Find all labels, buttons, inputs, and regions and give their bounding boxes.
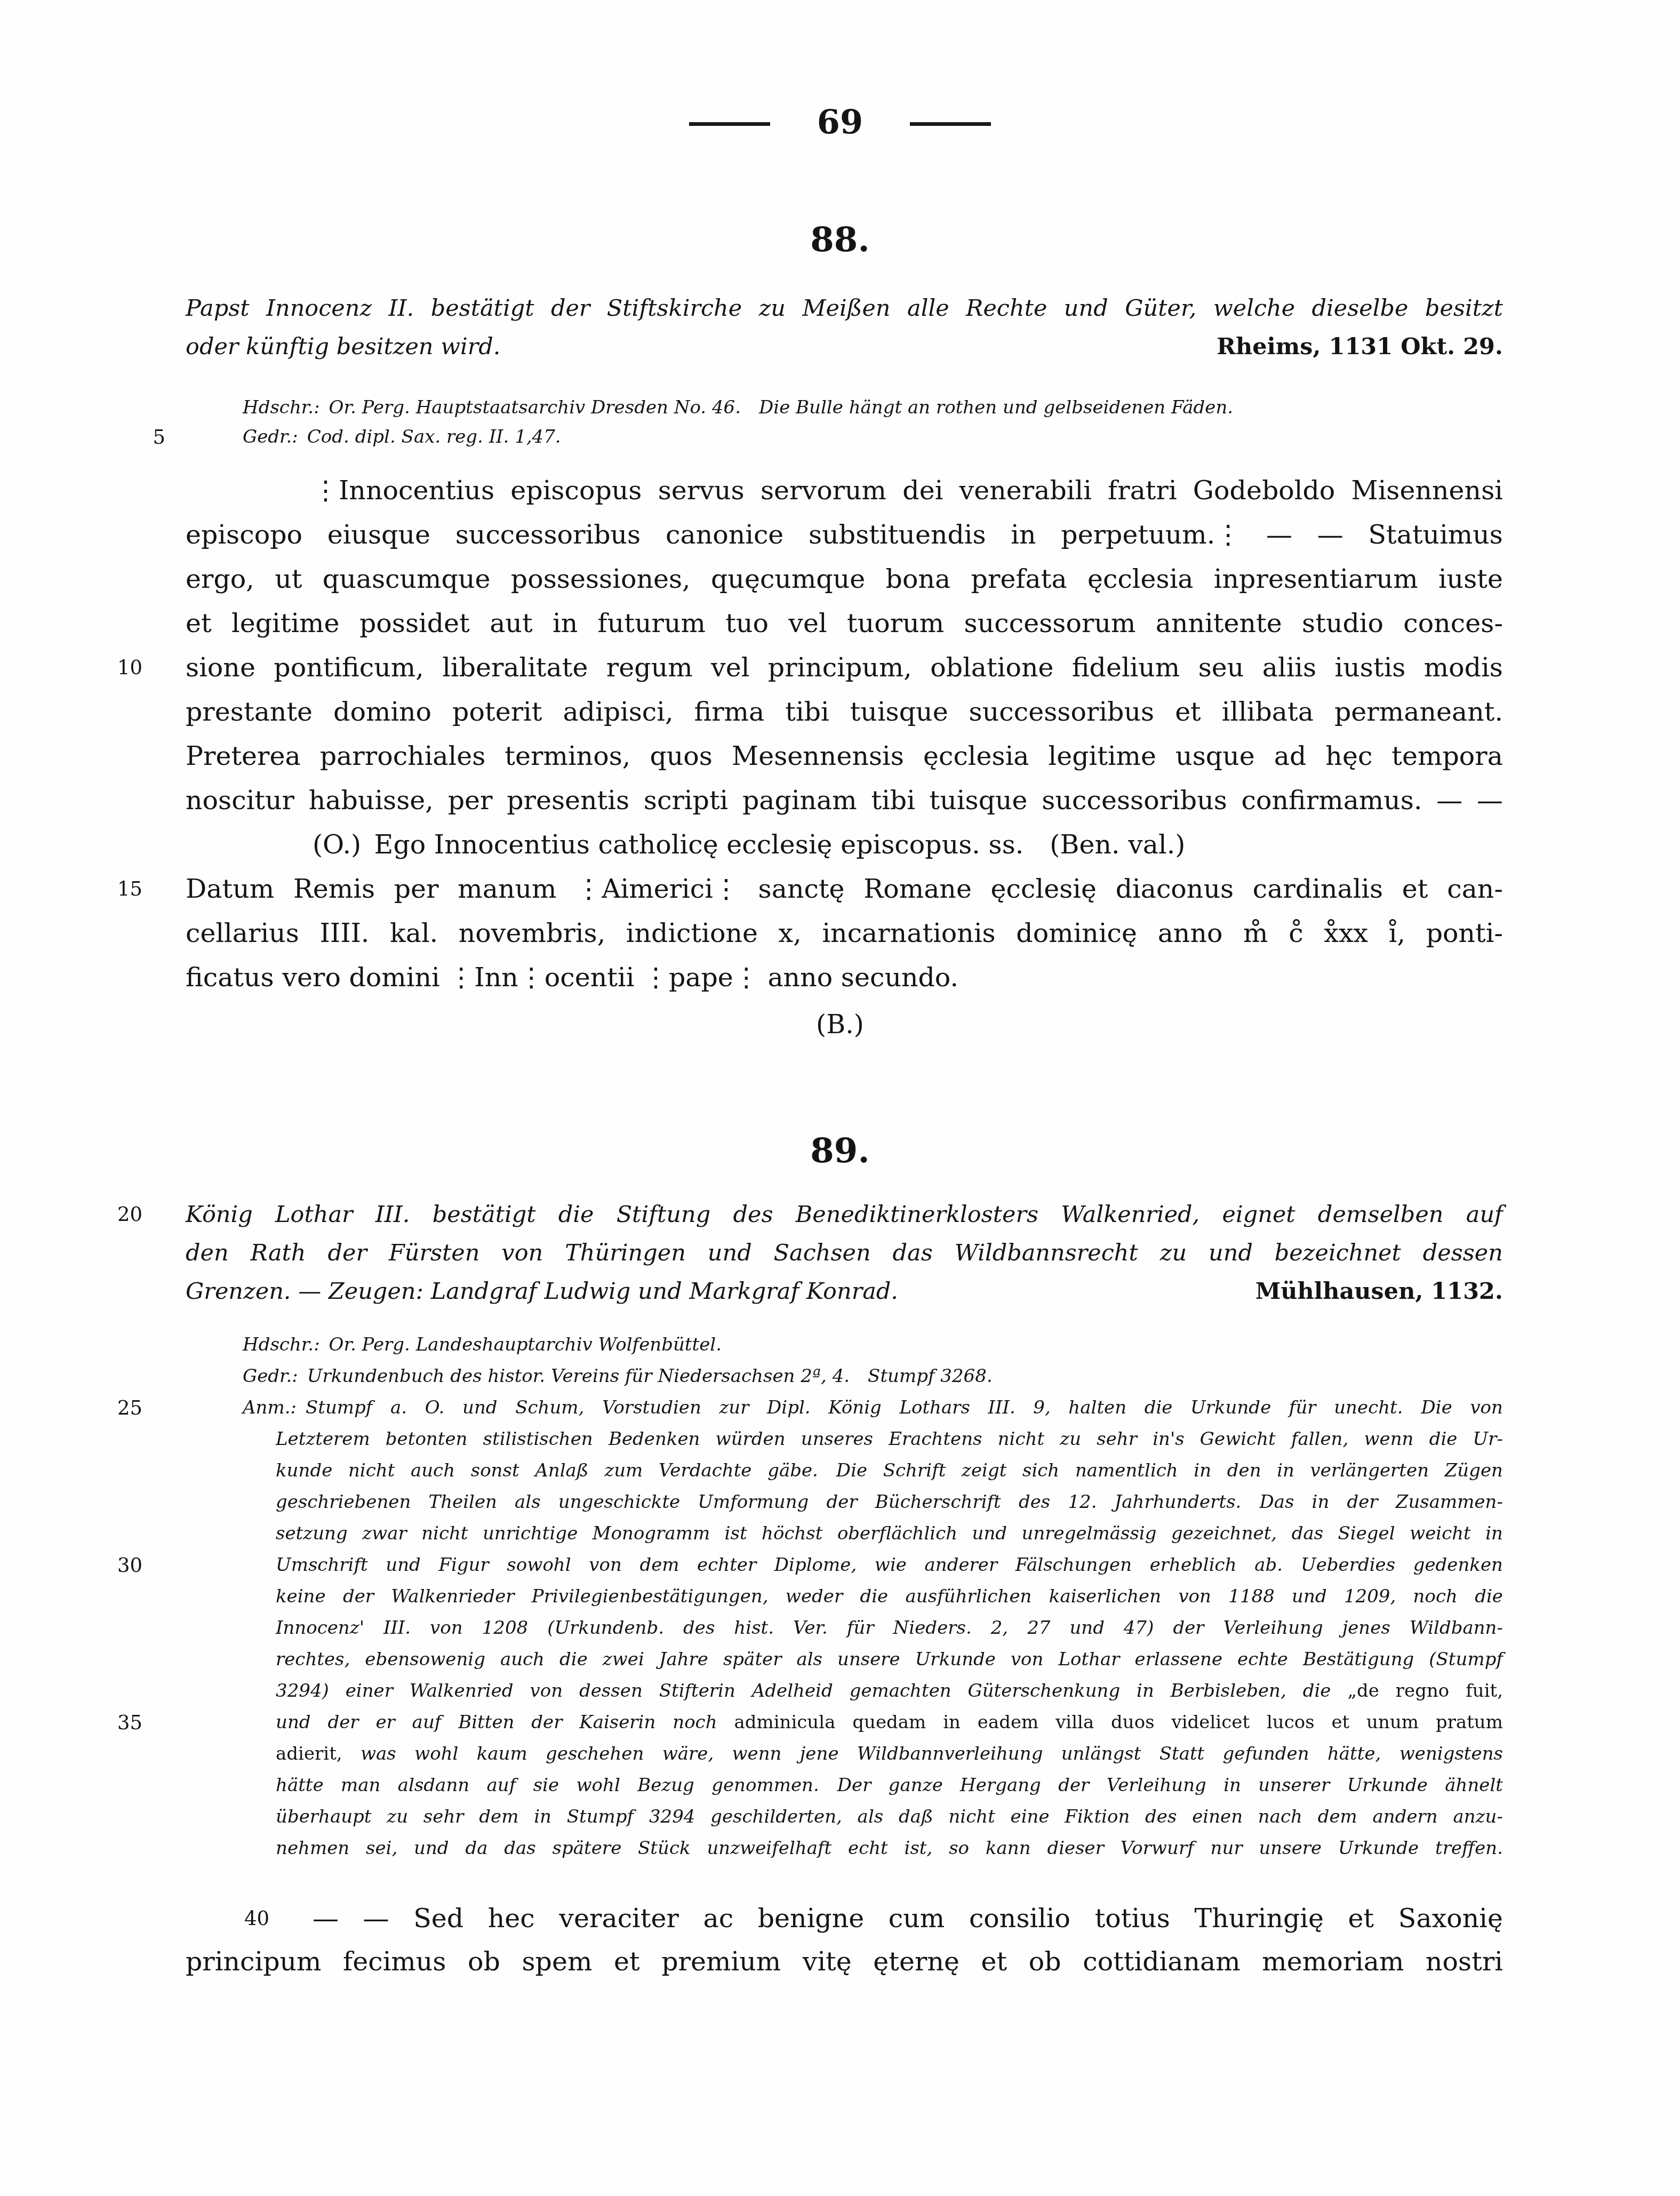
anm-text: Anm.: Stumpf a. O. und Schum, Vorstudien…	[243, 1397, 1503, 1418]
anm-line: geschriebenen Theilen als ungeschickte U…	[243, 1487, 1503, 1518]
margin-line-number-20: 20	[117, 1195, 165, 1234]
anm-text-italic: 3294) einer Walkenried von dessen Stifte…	[276, 1680, 1347, 1702]
charter-88-dateline: Rheims, 1131 Okt. 29.	[1217, 328, 1503, 366]
anm-line: rechtes, ebensowenig auch die zwei Jahre…	[243, 1644, 1503, 1675]
anm-line: Innocenz' III. von 1208 (Urkundenb. des …	[243, 1612, 1503, 1644]
text-line: Preterea parrochiales terminos, quos Mes…	[186, 734, 1503, 778]
anm-latin-quote: „de regno fuit,	[1347, 1680, 1503, 1702]
text-line: 15Datum Remis per manum ⋮Aimerici⋮ sanct…	[186, 867, 1503, 911]
header-rule-left	[689, 122, 770, 126]
charter-88-latin-text: ⋮Innocentius episcopus servus servorum d…	[186, 468, 1503, 1000]
text-line: episcopo eiusque successoribus canonice …	[186, 513, 1503, 557]
anm-line: 3294) einer Walkenried von dessen Stifte…	[243, 1675, 1503, 1707]
summary-line: Grenzen. — Zeugen: Landgraf Ludwig und M…	[186, 1272, 1503, 1311]
charter-88-summary: Papst Innocenz II. bestätigt der Stiftsk…	[186, 289, 1503, 366]
anm-line: keine der Walkenrieder Privilegienbestät…	[243, 1581, 1503, 1612]
text-line-subscription: (O.) Ego Innocentius catholicę ecclesię …	[186, 822, 1503, 867]
page-number: 69	[817, 106, 863, 139]
margin-line-number-25: 25	[117, 1392, 165, 1424]
summary-line: oder künftig besitzen wird. Rheims, 1131…	[186, 328, 1503, 366]
charter-88-number: 88.	[0, 223, 1680, 257]
anm-text-italic: was wohl kaum geschehen wäre, wenn jene …	[342, 1743, 1503, 1764]
charter-89-summary: 20König Lothar III. bestätigt die Stiftu…	[186, 1195, 1503, 1311]
text-line: et legitime possidet aut in futurum tuo …	[186, 601, 1503, 645]
page-header: 69	[0, 106, 1680, 139]
anm-latin-quote: adminicula quedam in eadem villa duos vi…	[734, 1712, 1503, 1733]
text-line: 40— — Sed hec veraciter ac benigne cum c…	[186, 1897, 1503, 1940]
summary-line: Papst Innocenz II. bestätigt der Stiftsk…	[186, 289, 1503, 328]
charter-89-source-notes: Hdschr.: Or. Perg. Landeshauptarchiv Wol…	[243, 1329, 1503, 1864]
text-line: noscitur habuisse, per presentis scripti…	[186, 778, 1503, 822]
anm-line: 30Umschrift und Figur sowohl von dem ech…	[243, 1550, 1503, 1581]
margin-line-number-5: 5	[117, 422, 165, 452]
charter-89-latin-text: 40— — Sed hec veraciter ac benigne cum c…	[186, 1897, 1503, 1983]
summary-text: König Lothar III. bestätigt die Stiftung…	[186, 1201, 1503, 1228]
anm-line: nehmen sei, und da das spätere Stück unz…	[243, 1833, 1503, 1864]
text-line: ficatus vero domini ⋮Inn⋮ocentii ⋮pape⋮ …	[186, 955, 1503, 1000]
text: — — Sed hec veraciter ac benigne cum con…	[313, 1903, 1503, 1934]
anm-line: Letzterem betonten stilistischen Bedenke…	[243, 1424, 1503, 1455]
anm-line: hätte man alsdann auf sie wohl Bezug gen…	[243, 1770, 1503, 1801]
margin-line-number-30: 30	[117, 1550, 165, 1581]
anm-line: adierit, was wohl kaum geschehen wäre, w…	[243, 1738, 1503, 1770]
anm-line: kunde nicht auch sonst Anlaß zum Verdach…	[243, 1455, 1503, 1487]
scanned-book-page: 69 88. Papst Innocenz II. bestätigt der …	[0, 0, 1680, 2196]
anm-line: 35und der er auf Bitten der Kaiserin noc…	[243, 1707, 1503, 1738]
charter-88-bulla-mark: (B.)	[0, 1011, 1680, 1037]
source-line-hdschr: Hdschr.: Or. Perg. Landeshauptarchiv Wol…	[243, 1329, 1503, 1361]
charter-88-source-notes: Hdschr.: Or. Perg. Hauptstaatsarchiv Dre…	[243, 393, 1503, 452]
anm-line: setzung zwar nicht unrichtige Monogramm …	[243, 1518, 1503, 1550]
source-line-gedr: Gedr.: Urkundenbuch des histor. Vereins …	[243, 1361, 1503, 1392]
summary-text: Grenzen. — Zeugen: Landgraf Ludwig und M…	[186, 1272, 898, 1311]
anm-line: überhaupt zu sehr dem in Stumpf 3294 ges…	[243, 1801, 1503, 1833]
text: Datum Remis per manum ⋮Aimerici⋮ sanctę …	[186, 874, 1503, 904]
margin-line-number-35: 35	[117, 1707, 165, 1738]
margin-line-number-40: 40	[117, 1897, 165, 1940]
source-text: Gedr.: Cod. dipl. Sax. reg. II. 1,47.	[243, 426, 561, 448]
summary-line: den Rath der Fürsten von Thüringen und S…	[186, 1234, 1503, 1272]
source-line-gedr: 5 Gedr.: Cod. dipl. Sax. reg. II. 1,47.	[243, 422, 1503, 452]
anm-latin-quote: adierit,	[276, 1743, 342, 1764]
anm-text-italic: und der er auf Bitten der Kaiserin noch	[276, 1712, 734, 1733]
text-line: cellarius IIII. kal. novembris, indictio…	[186, 911, 1503, 955]
text-line: principum fecimus ob spem et premium vit…	[186, 1940, 1503, 1983]
charter-89-number: 89.	[0, 1134, 1680, 1168]
text: sione pontificum, liberalitate regum vel…	[186, 652, 1503, 683]
text-line: ⋮Innocentius episcopus servus servorum d…	[186, 468, 1503, 513]
anm-line: 25Anm.: Stumpf a. O. und Schum, Vorstudi…	[243, 1392, 1503, 1424]
text-line: prestante domino poterit adipisci, firma…	[186, 690, 1503, 734]
margin-line-number-10: 10	[117, 645, 165, 690]
summary-text: oder künftig besitzen wird.	[186, 328, 501, 366]
source-line-hdschr: Hdschr.: Or. Perg. Hauptstaatsarchiv Dre…	[243, 393, 1503, 422]
text-line: ergo, ut quascumque possessiones, quęcum…	[186, 557, 1503, 601]
summary-line: 20König Lothar III. bestätigt die Stiftu…	[186, 1195, 1503, 1234]
header-rule-right	[910, 122, 991, 126]
charter-89-dateline: Mühlhausen, 1132.	[1255, 1272, 1503, 1311]
text-line: 10sione pontificum, liberalitate regum v…	[186, 645, 1503, 690]
margin-line-number-15: 15	[117, 867, 165, 911]
anm-text: Umschrift und Figur sowohl von dem echte…	[276, 1554, 1503, 1576]
